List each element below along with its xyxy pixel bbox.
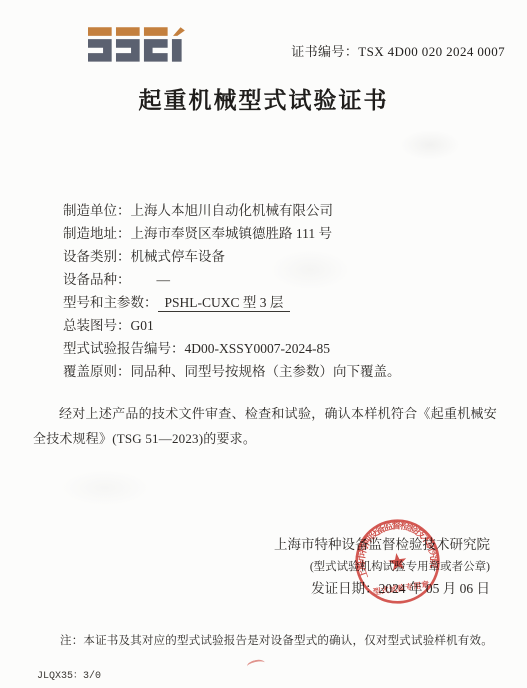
field-label: 设备类别： <box>63 249 131 264</box>
scan-artifact <box>400 130 460 160</box>
field-value: 机械式停车设备 <box>131 249 226 264</box>
scan-artifact <box>60 470 150 506</box>
certificate-number: 证书编号：TSX 4D00 020 2024 0007 <box>291 41 505 60</box>
field-value: 上海人本旭川自动化机械有限公司 <box>131 203 334 218</box>
ink-smudge <box>246 658 265 671</box>
field-label: 覆盖原则： <box>63 364 131 379</box>
field-value: 4D00-XSSY0007-2024-85 <box>185 341 331 356</box>
field-value: PSHL-CUXC 型 3 层 <box>158 295 291 312</box>
field-label: 型式试验报告编号： <box>63 341 185 356</box>
field-value: 同品种、同型号按规格（主参数）向下覆盖。 <box>131 364 401 379</box>
conclusion-statement: 经对上述产品的技术文件审查、检查和试验，确认本样机符合《起重机械安全技术规程》(… <box>33 401 497 451</box>
field-row-equipment-category: 设备类别：机械式停车设备 <box>63 245 503 268</box>
field-label: 设备品种： <box>63 272 131 287</box>
field-value: 上海市奉贤区奉城镇德胜路 111 号 <box>131 226 333 241</box>
field-row-manufacturer: 制造单位：上海人本旭川自动化机械有限公司 <box>63 199 503 222</box>
certificate-number-label: 证书编号： <box>291 44 358 59</box>
official-seal-stamp: 上海市特种设备监督检验技术研究院 型式试验专用章 <box>344 508 451 615</box>
field-row-model-parameters: 型号和主参数：PSHL-CUXC 型 3 层 <box>63 291 503 314</box>
field-row-coverage-principle: 覆盖原则：同品种、同型号按规格（主参数）向下覆盖。 <box>63 360 503 383</box>
field-value: G01 <box>131 318 154 333</box>
field-value: — <box>131 272 171 287</box>
seal-ring-text: 上海市特种设备监督检验技术研究院 <box>348 513 442 581</box>
page-title: 起重机械型式试验证书 <box>0 82 527 115</box>
field-label: 总装图号： <box>63 318 131 333</box>
field-label: 型号和主参数： <box>63 295 158 310</box>
fields-block: 制造单位：上海人本旭川自动化机械有限公司 制造地址：上海市奉贤区奉城镇德胜路 1… <box>63 199 503 383</box>
form-code: JLQX35：3/0 <box>37 666 101 682</box>
footer-note: 注：本证书及其对应的型式试验报告是对设备型式的确认，仅对型式试验样机有效。 <box>60 632 510 648</box>
field-row-address: 制造地址：上海市奉贤区奉城镇德胜路 111 号 <box>63 222 503 245</box>
certificate-number-value: TSX 4D00 020 2024 0007 <box>358 44 505 59</box>
field-row-equipment-variety: 设备品种：— <box>63 268 503 291</box>
certificate-page: 证书编号：TSX 4D00 020 2024 0007 起重机械型式试验证书 制… <box>0 0 527 688</box>
field-row-test-report-number: 型式试验报告编号：4D00-XSSY0007-2024-85 <box>63 337 503 360</box>
ssei-logo-icon <box>88 27 187 63</box>
field-label: 制造单位： <box>63 203 131 218</box>
field-label: 制造地址： <box>63 226 131 241</box>
seal-star-icon <box>387 552 407 572</box>
field-row-assembly-drawing: 总装图号：G01 <box>63 314 503 337</box>
